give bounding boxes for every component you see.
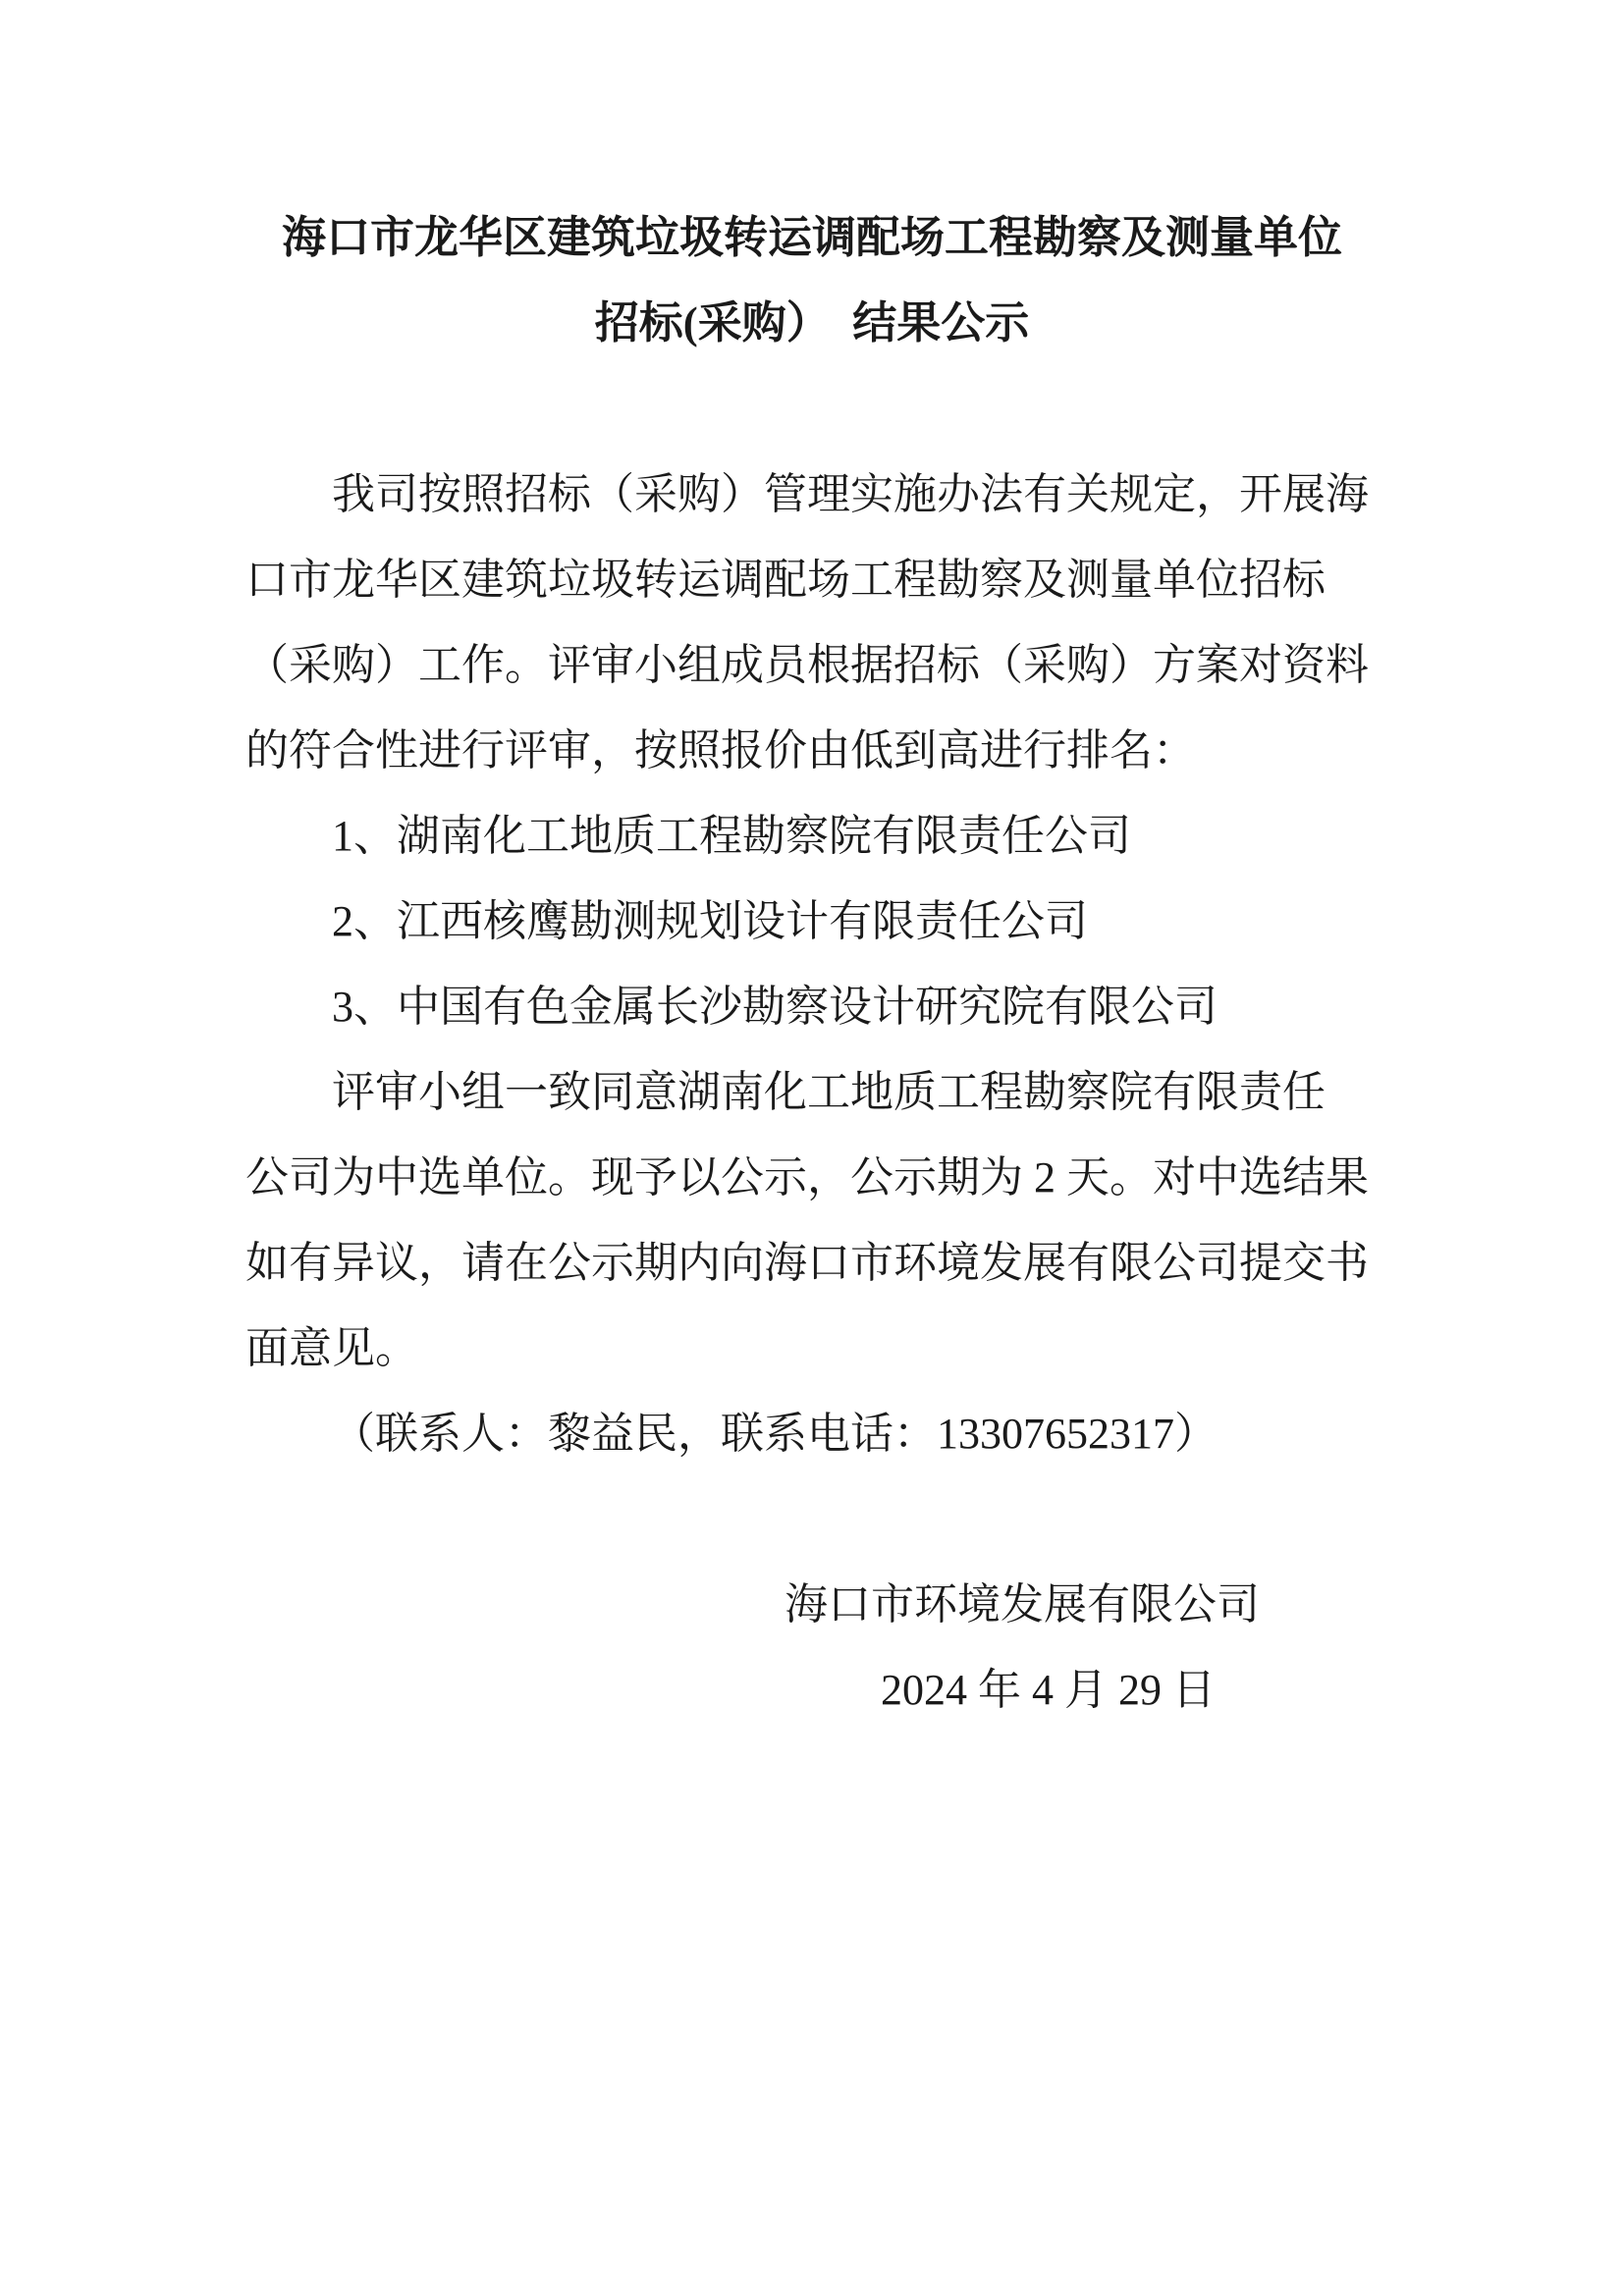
- title-line-1: 海口市龙华区建筑垃圾转运调配场工程勘察及测量单位: [245, 195, 1379, 281]
- list-item-2: 2、江西核鹰勘测规划设计有限责任公司: [245, 879, 1379, 964]
- document-content: 海口市龙华区建筑垃圾转运调配场工程勘察及测量单位 招标(采购） 结果公示 我司按…: [245, 195, 1379, 1733]
- spacer-before-signature: [245, 1476, 1379, 1562]
- title-line-2: 招标(采购） 结果公示: [245, 281, 1379, 366]
- paragraph-line: 的符合性进行评审，按照报价由低到高进行排名：: [245, 708, 1379, 793]
- paragraph-line: 如有异议，请在公示期内向海口市环境发展有限公司提交书: [245, 1220, 1379, 1306]
- paragraph-line: 公司为中选单位。现予以公示，公示期为 2 天。对中选结果: [245, 1135, 1379, 1220]
- paragraph-line: 评审小组一致同意湖南化工地质工程勘察院有限责任: [245, 1049, 1379, 1135]
- list-item-1: 1、湖南化工地质工程勘察院有限责任公司: [245, 793, 1379, 879]
- document-page: 海口市龙华区建筑垃圾转运调配场工程勘察及测量单位 招标(采购） 结果公示 我司按…: [0, 0, 1624, 2296]
- spacer-after-title: [245, 366, 1379, 452]
- paragraph-line: 口市龙华区建筑垃圾转运调配场工程勘察及测量单位招标: [245, 537, 1379, 622]
- signature-company: 海口市环境发展有限公司: [245, 1562, 1379, 1647]
- paragraph-line: （采购）工作。评审小组成员根据招标（采购）方案对资料: [245, 622, 1379, 708]
- list-item-3: 3、中国有色金属长沙勘察设计研究院有限公司: [245, 964, 1379, 1049]
- paragraph-line: 我司按照招标（采购）管理实施办法有关规定，开展海: [245, 452, 1379, 537]
- paragraph-line: 面意见。: [245, 1306, 1379, 1391]
- signature-date: 2024 年 4 月 29 日: [245, 1647, 1379, 1733]
- contact-line: （联系人：黎益民，联系电话：13307652317）: [245, 1391, 1379, 1476]
